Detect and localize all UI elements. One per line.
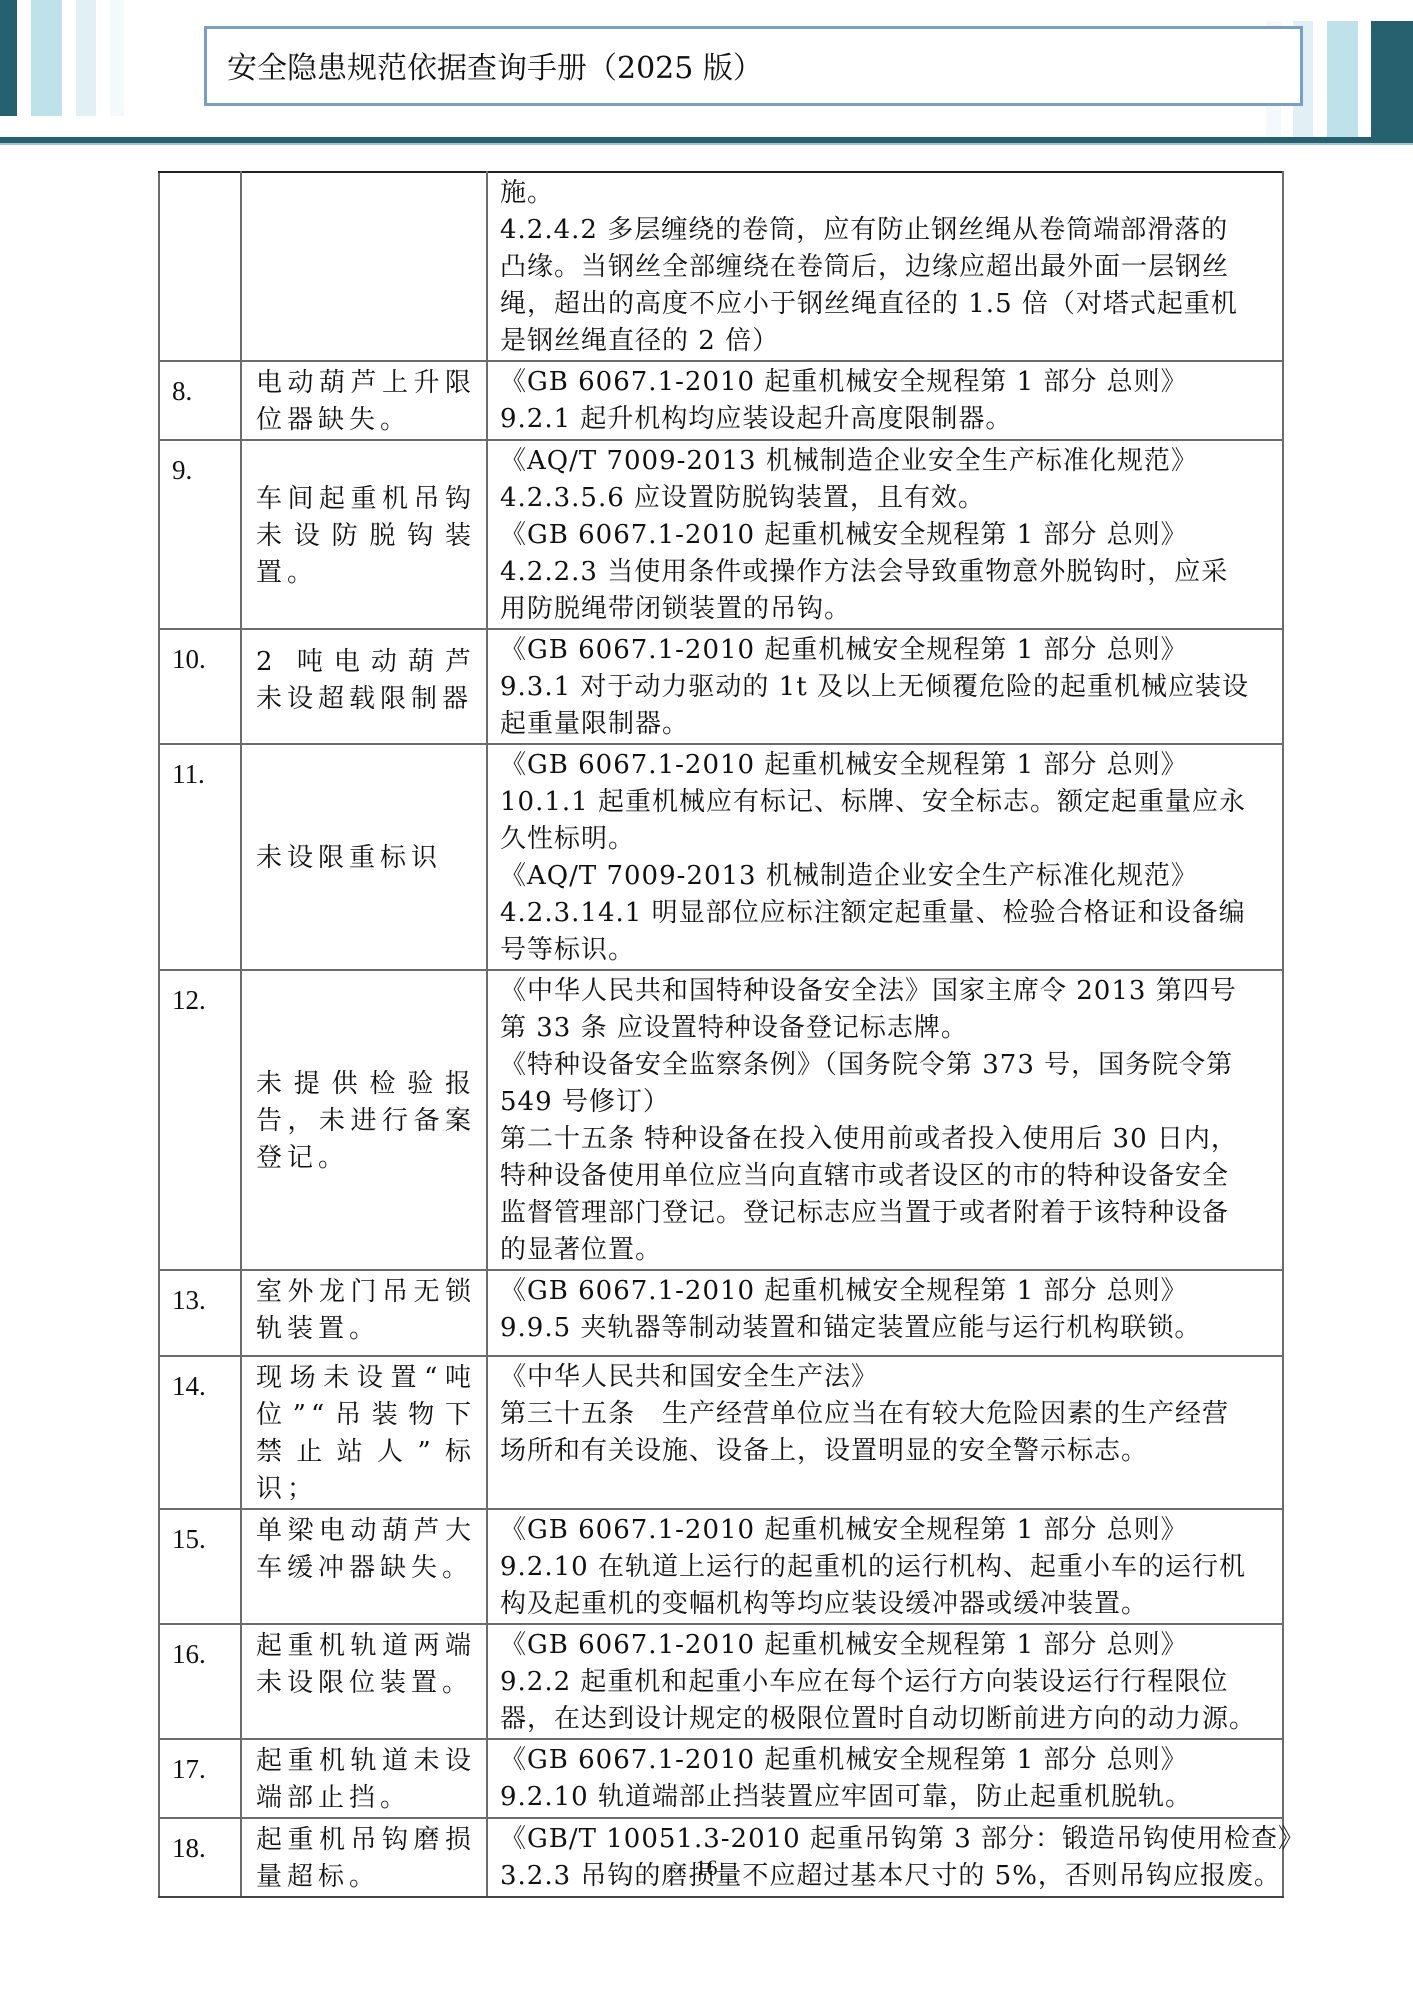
hazard-issue-text: 起重机轨道未设端部止挡。 — [242, 1740, 486, 1817]
regulation-basis-text: 《GB 6067.1-2010 起重机械安全规程第 1 部分 总则》9.9.5 … — [488, 1271, 1282, 1347]
regulation-line: 《GB 6067.1-2010 起重机械安全规程第 1 部分 总则》 — [500, 1512, 1276, 1549]
row-number-cell: 17. — [159, 1739, 241, 1818]
table-row: 8.电动葫芦上升限位器缺失。《GB 6067.1-2010 起重机械安全规程第 … — [159, 361, 1283, 440]
regulation-line: 《GB 6067.1-2010 起重机械安全规程第 1 部分 总则》 — [500, 364, 1276, 401]
regulation-basis-cell: 《GB 6067.1-2010 起重机械安全规程第 1 部分 总则》9.2.10… — [487, 1509, 1283, 1624]
hazard-issue-text: 2 吨电动葫芦未设超载限制器 — [242, 630, 486, 718]
regulation-line: 场所和有关设施、设备上，设置明显的安全警示标志。 — [500, 1433, 1276, 1470]
regulation-basis-text: 《GB 6067.1-2010 起重机械安全规程第 1 部分 总则》9.2.1 … — [488, 362, 1282, 438]
header-decor-bar-left-1 — [31, 0, 62, 116]
table-row: 17.起重机轨道未设端部止挡。《GB 6067.1-2010 起重机械安全规程第… — [159, 1739, 1283, 1818]
regulation-line: 9.2.10 在轨道上运行的起重机的运行机构、起重小车的运行机 — [500, 1549, 1276, 1586]
regulation-line: 《中华人民共和国安全生产法》 — [500, 1359, 1276, 1396]
hazard-issue-cell: 室外龙门吊无锁轨装置。 — [241, 1270, 487, 1356]
regulation-basis-cell: 《GB 6067.1-2010 起重机械安全规程第 1 部分 总则》9.2.1 … — [487, 361, 1283, 440]
hazard-issue-text: 车间起重机吊钩未设防脱钩装置。 — [242, 478, 486, 592]
regulation-basis-cell: 《GB 6067.1-2010 起重机械安全规程第 1 部分 总则》10.1.1… — [487, 744, 1283, 970]
hazard-issue-text: 电动葫芦上升限位器缺失。 — [242, 362, 486, 439]
regulation-basis-cell: 《中华人民共和国特种设备安全法》国家主席令 2013 第四号第 33 条 应设置… — [487, 970, 1283, 1270]
regulation-line: 《AQ/T 7009-2013 机械制造企业安全生产标准化规范》 — [500, 443, 1276, 480]
hazard-issue-cell: 单梁电动葫芦大车缓冲器缺失。 — [241, 1509, 487, 1624]
regulation-basis-text: 《GB 6067.1-2010 起重机械安全规程第 1 部分 总则》9.2.10… — [488, 1510, 1282, 1623]
regulation-line: 9.2.2 起重机和起重小车应在每个运行方向装设运行行程限位 — [500, 1664, 1276, 1701]
row-number: 17. — [160, 1740, 240, 1785]
row-number-cell: 15. — [159, 1509, 241, 1624]
hazard-issue-text: 未提供检验报告，未进行备案登记。 — [242, 1063, 486, 1177]
regulation-line: 第三十五条 生产经营单位应当在有较大危险因素的生产经营 — [500, 1396, 1276, 1433]
table-row: 9.车间起重机吊钩未设防脱钩装置。《AQ/T 7009-2013 机械制造企业安… — [159, 440, 1283, 629]
table-row: 施。4.2.4.2 多层缠绕的卷筒，应有防止钢丝绳从卷筒端部滑落的凸缘。当钢丝全… — [159, 172, 1283, 361]
hazard-issue-cell: 未提供检验报告，未进行备案登记。 — [241, 970, 487, 1270]
regulation-basis-cell: 《GB 6067.1-2010 起重机械安全规程第 1 部分 总则》9.2.10… — [487, 1739, 1283, 1818]
hazard-issue-text: 未设限重标识 — [242, 837, 486, 877]
regulation-basis-cell: 《GB 6067.1-2010 起重机械安全规程第 1 部分 总则》9.2.2 … — [487, 1624, 1283, 1739]
hazard-issue-text: 现场未设置“吨位”“吊装物下禁止站人”标识； — [242, 1357, 486, 1508]
regulation-line: 监督管理部门登记。登记标志应当置于或者附着于该特种设备 — [500, 1195, 1276, 1232]
row-number-cell: 16. — [159, 1624, 241, 1739]
regulation-line: 4.2.4.2 多层缠绕的卷筒，应有防止钢丝绳从卷筒端部滑落的 — [500, 212, 1276, 249]
header-decor-bar-left-2 — [76, 0, 96, 116]
table-row: 15.单梁电动葫芦大车缓冲器缺失。《GB 6067.1-2010 起重机械安全规… — [159, 1509, 1283, 1624]
regulation-basis-text: 《GB 6067.1-2010 起重机械安全规程第 1 部分 总则》9.2.10… — [488, 1740, 1282, 1816]
document-title: 安全隐患规范依据查询手册（2025 版） — [227, 43, 763, 87]
hazard-issue-text — [242, 173, 486, 176]
regulation-basis-text: 《中华人民共和国安全生产法》第三十五条 生产经营单位应当在有较大危险因素的生产经… — [488, 1357, 1282, 1470]
hazard-issue-text: 单梁电动葫芦大车缓冲器缺失。 — [242, 1510, 486, 1587]
regulation-line: 久性标明。 — [500, 821, 1276, 858]
row-number: 14. — [160, 1357, 240, 1402]
regulation-line: 9.2.1 起升机构均应装设起升高度限制器。 — [500, 401, 1276, 438]
regulation-line: 是钢丝绳直径的 2 倍） — [500, 323, 1276, 360]
regulation-line: 4.2.3.14.1 明显部位应标注额定起重量、检验合格证和设备编 — [500, 895, 1276, 932]
regulation-line: 9.2.10 轨道端部止挡装置应牢固可靠，防止起重机脱轨。 — [500, 1779, 1276, 1816]
hazard-issue-cell: 2 吨电动葫芦未设超载限制器 — [241, 629, 487, 744]
regulation-line: 《GB 6067.1-2010 起重机械安全规程第 1 部分 总则》 — [500, 632, 1276, 669]
regulation-line: 《GB 6067.1-2010 起重机械安全规程第 1 部分 总则》 — [500, 1742, 1276, 1779]
hazard-table: 施。4.2.4.2 多层缠绕的卷筒，应有防止钢丝绳从卷筒端部滑落的凸缘。当钢丝全… — [158, 171, 1284, 1898]
header-rule-shadow — [0, 143, 1413, 145]
regulation-line: 《GB 6067.1-2010 起重机械安全规程第 1 部分 总则》 — [500, 517, 1276, 554]
regulation-line: 《特种设备安全监察条例》（国务院令第 373 号，国务院令第 — [500, 1047, 1276, 1084]
hazard-issue-text: 室外龙门吊无锁轨装置。 — [242, 1271, 486, 1348]
row-number: 12. — [160, 971, 240, 1016]
hazard-issue-cell: 现场未设置“吨位”“吊装物下禁止站人”标识； — [241, 1356, 487, 1509]
hazard-issue-cell: 车间起重机吊钩未设防脱钩装置。 — [241, 440, 487, 629]
regulation-basis-cell: 《GB 6067.1-2010 起重机械安全规程第 1 部分 总则》9.3.1 … — [487, 629, 1283, 744]
regulation-basis-text: 施。4.2.4.2 多层缠绕的卷筒，应有防止钢丝绳从卷筒端部滑落的凸缘。当钢丝全… — [488, 173, 1282, 360]
regulation-line: 第 33 条 应设置特种设备登记标志牌。 — [500, 1010, 1276, 1047]
regulation-basis-text: 《GB 6067.1-2010 起重机械安全规程第 1 部分 总则》9.3.1 … — [488, 630, 1282, 743]
regulation-line: 用防脱绳带闭锁装置的吊钩。 — [500, 591, 1276, 628]
hazard-issue-cell: 起重机轨道两端未设限位装置。 — [241, 1624, 487, 1739]
row-number: 9. — [160, 441, 240, 486]
hazard-issue-text: 起重机轨道两端未设限位装置。 — [242, 1625, 486, 1702]
row-number-cell — [159, 172, 241, 361]
hazard-issue-cell: 未设限重标识 — [241, 744, 487, 970]
regulation-basis-text: 《GB 6067.1-2010 起重机械安全规程第 1 部分 总则》9.2.2 … — [488, 1625, 1282, 1738]
regulation-line: 9.9.5 夹轨器等制动装置和锚定装置应能与运行机构联锁。 — [500, 1310, 1276, 1347]
row-number-cell: 10. — [159, 629, 241, 744]
regulation-line: 9.3.1 对于动力驱动的 1t 及以上无倾覆危险的起重机械应装设 — [500, 669, 1276, 706]
regulation-line: 构及起重机的变幅机构等均应装设缓冲器或缓冲装置。 — [500, 1586, 1276, 1623]
regulation-line: 《GB 6067.1-2010 起重机械安全规程第 1 部分 总则》 — [500, 1627, 1276, 1664]
regulation-line: 《中华人民共和国特种设备安全法》国家主席令 2013 第四号 — [500, 973, 1276, 1010]
row-number-cell: 12. — [159, 970, 241, 1270]
table-row: 16.起重机轨道两端未设限位装置。《GB 6067.1-2010 起重机械安全规… — [159, 1624, 1283, 1739]
row-number: 16. — [160, 1625, 240, 1670]
hazard-issue-cell: 起重机轨道未设端部止挡。 — [241, 1739, 487, 1818]
regulation-basis-text: 《AQ/T 7009-2013 机械制造企业安全生产标准化规范》4.2.3.5.… — [488, 441, 1282, 628]
row-number: 13. — [160, 1271, 240, 1316]
table-row: 11.未设限重标识《GB 6067.1-2010 起重机械安全规程第 1 部分 … — [159, 744, 1283, 970]
hazard-table-body: 施。4.2.4.2 多层缠绕的卷筒，应有防止钢丝绳从卷筒端部滑落的凸缘。当钢丝全… — [159, 172, 1283, 1897]
regulation-line: 特种设备使用单位应当向直辖市或者设区的市的特种设备安全 — [500, 1158, 1276, 1195]
row-number: 15. — [160, 1510, 240, 1555]
row-number-cell: 13. — [159, 1270, 241, 1356]
header-decor-bar-left-3 — [110, 0, 124, 116]
regulation-line: 绳，超出的高度不应小于钢丝绳直径的 1.5 倍（对塔式起重机 — [500, 286, 1276, 323]
table-row: 10.2 吨电动葫芦未设超载限制器《GB 6067.1-2010 起重机械安全规… — [159, 629, 1283, 744]
table-row: 13.室外龙门吊无锁轨装置。《GB 6067.1-2010 起重机械安全规程第 … — [159, 1270, 1283, 1356]
row-number-cell: 8. — [159, 361, 241, 440]
regulation-line: 4.2.3.5.6 应设置防脱钩装置，且有效。 — [500, 480, 1276, 517]
row-number: 8. — [160, 362, 240, 407]
regulation-line: 施。 — [500, 175, 1276, 212]
header-decor-bar-dark-right — [1371, 21, 1413, 141]
header-decor-bar-right-1 — [1327, 21, 1358, 137]
row-number-cell: 11. — [159, 744, 241, 970]
row-number — [160, 173, 240, 187]
table-row: 14.现场未设置“吨位”“吊装物下禁止站人”标识；《中华人民共和国安全生产法》第… — [159, 1356, 1283, 1509]
regulation-line: 凸缘。当钢丝全部缠绕在卷筒后，边缘应超出最外面一层钢丝 — [500, 249, 1276, 286]
regulation-basis-cell: 《GB 6067.1-2010 起重机械安全规程第 1 部分 总则》9.9.5 … — [487, 1270, 1283, 1356]
hazard-issue-cell — [241, 172, 487, 361]
regulation-line: 器，在达到设计规定的极限位置时自动切断前进方向的动力源。 — [500, 1701, 1276, 1738]
regulation-line: 10.1.1 起重机械应有标记、标牌、安全标志。额定起重量应永 — [500, 784, 1276, 821]
regulation-line: 《GB 6067.1-2010 起重机械安全规程第 1 部分 总则》 — [500, 747, 1276, 784]
row-number-cell: 14. — [159, 1356, 241, 1509]
row-number-cell: 9. — [159, 440, 241, 629]
row-number: 10. — [160, 630, 240, 675]
regulation-line: 第二十五条 特种设备在投入使用前或者投入使用后 30 日内， — [500, 1121, 1276, 1158]
regulation-line: 起重量限制器。 — [500, 706, 1276, 743]
table-row: 12.未提供检验报告，未进行备案登记。《中华人民共和国特种设备安全法》国家主席令… — [159, 970, 1283, 1270]
header-decor-bar-dark-left — [0, 0, 17, 116]
regulation-basis-text: 《中华人民共和国特种设备安全法》国家主席令 2013 第四号第 33 条 应设置… — [488, 971, 1282, 1269]
regulation-line: 4.2.2.3 当使用条件或操作方法会导致重物意外脱钩时，应采 — [500, 554, 1276, 591]
regulation-line: 549 号修订） — [500, 1084, 1276, 1121]
regulation-basis-cell: 施。4.2.4.2 多层缠绕的卷筒，应有防止钢丝绳从卷筒端部滑落的凸缘。当钢丝全… — [487, 172, 1283, 361]
regulation-basis-cell: 《AQ/T 7009-2013 机械制造企业安全生产标准化规范》4.2.3.5.… — [487, 440, 1283, 629]
regulation-line: 《AQ/T 7009-2013 机械制造企业安全生产标准化规范》 — [500, 858, 1276, 895]
regulation-basis-text: 《GB 6067.1-2010 起重机械安全规程第 1 部分 总则》10.1.1… — [488, 745, 1282, 969]
regulation-basis-cell: 《中华人民共和国安全生产法》第三十五条 生产经营单位应当在有较大危险因素的生产经… — [487, 1356, 1283, 1509]
regulation-line: 号等标识。 — [500, 932, 1276, 969]
row-number: 11. — [160, 745, 240, 790]
regulation-line: 《GB/T 10051.3-2010 起重吊钩第 3 部分：锻造吊钩使用检查》 — [500, 1821, 1276, 1858]
page-number: 16 — [0, 1855, 1413, 1881]
regulation-line: 的显著位置。 — [500, 1232, 1276, 1269]
hazard-issue-cell: 电动葫芦上升限位器缺失。 — [241, 361, 487, 440]
regulation-line: 《GB 6067.1-2010 起重机械安全规程第 1 部分 总则》 — [500, 1273, 1276, 1310]
header-title-box: 安全隐患规范依据查询手册（2025 版） — [204, 26, 1303, 106]
